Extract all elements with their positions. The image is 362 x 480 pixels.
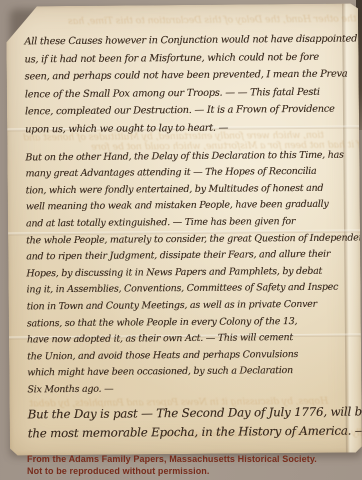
manuscript-line: tion in Town and County Meetings, as wel… [27,296,356,315]
manuscript-line: lence, compleated our Destruction. — It … [25,101,354,121]
scanned-letter-photo: But on the other Hand, the Delay of this… [0,0,362,480]
bleedthrough-text: But on the other Hand, the Delay of this… [68,13,362,27]
manuscript-paragraph-1: All these Causes however in Conjunction … [24,31,354,139]
manuscript-line: Six Months ago. — [27,379,356,398]
caption-line-1: From the Adams Family Papers, Massachuse… [27,454,317,466]
caption-line-2: Not to be reproduced without permission. [27,466,317,478]
manuscript-line: upon us, which we ought to lay to heart.… [25,118,354,138]
manuscript-line: well meaning tho weak and mistaken Peopl… [26,197,355,216]
manuscript-line: All these Causes however in Conjunction … [24,31,353,51]
manuscript-page: But on the other Hand, the Delay of this… [6,3,362,455]
manuscript-paragraph-2: But on the other Hand, the Delay of this… [25,147,356,399]
archive-credit-caption: From the Adams Family Papers, Massachuse… [27,454,317,477]
manuscript-text: All these Causes however in Conjunction … [24,31,357,443]
bleedthrough-layer: But on the other Hand, the Delay of this… [6,3,358,6]
manuscript-paragraph-3: But the Day is past — The Second Day of … [28,403,357,443]
manuscript-line: the most memorable Epocha, in the Histor… [28,421,357,442]
